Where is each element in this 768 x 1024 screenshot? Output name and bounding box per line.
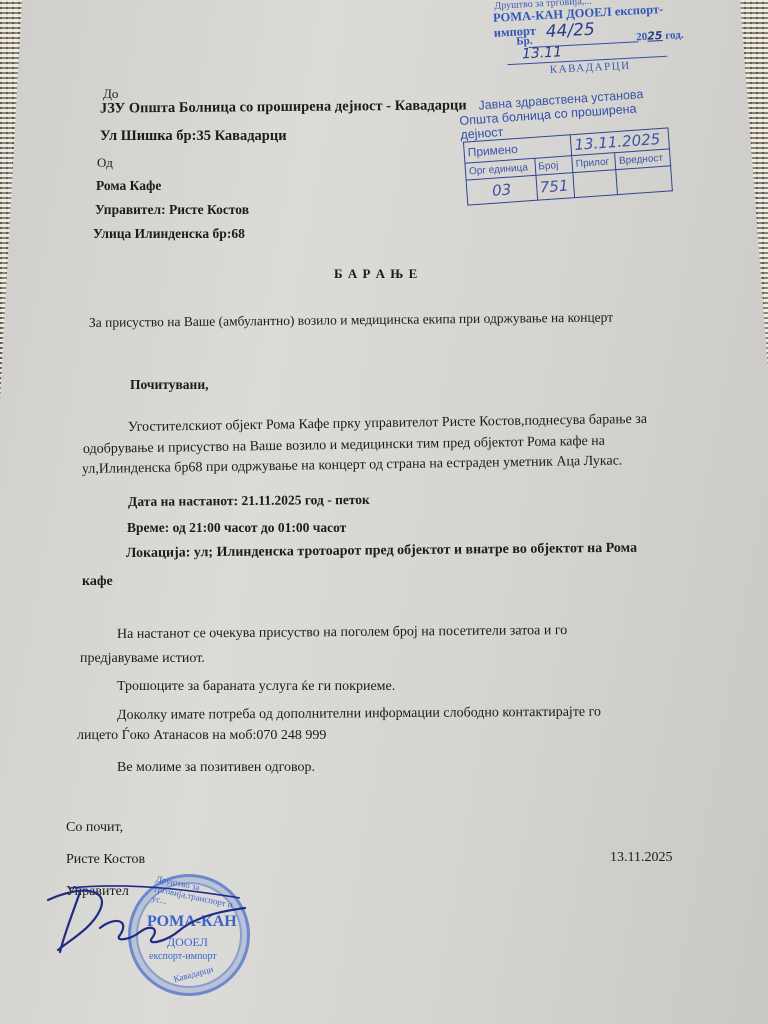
recipient-institution: ЈЗУ Општа Болница со проширена дејност -… (100, 97, 467, 117)
body-para2-line2: предјавуваме истиот. (80, 651, 205, 667)
event-time: Време: од 21:00 часот до 01:00 часот (127, 520, 346, 536)
seal-city: Кавадарци (172, 964, 214, 984)
from-label: Од (97, 155, 113, 171)
stamp-year: 2025 год. (636, 28, 684, 43)
stamp-number: 44/25 (545, 20, 595, 43)
sender-address: Улица Илинденска бр:68 (93, 226, 245, 242)
val-attachment (573, 170, 618, 198)
salutation: Почитувани, (130, 377, 208, 393)
stamp-date: 13.11 (522, 44, 563, 62)
company-registration-stamp: Друштво за трговија,... РОМА-КАН ДООЕЛ е… (484, 0, 687, 73)
event-location-line2: кафе (82, 574, 113, 590)
hospital-received-stamp: Јавна здравствена установа Општа болница… (458, 85, 683, 206)
document-title: Б А Р А Њ Е (334, 266, 418, 282)
sender-name: Рома Кафе (96, 178, 161, 194)
body-para5: Ве молиме за позитивен одговор. (117, 760, 315, 776)
document-date: 13.11.2025 (610, 850, 672, 866)
val-number: 751 (535, 173, 574, 201)
signer-name: Ристе Костов (66, 852, 145, 868)
handwritten-signature (40, 880, 260, 960)
body-para4-line2: лицето Ѓоко Атанасов на моб:070 248 999 (77, 728, 326, 744)
val-org-unit: 03 (466, 175, 537, 205)
closing: Со почит, (66, 820, 123, 836)
event-date: Дата на настанот: 21.11.2025 год - петок (128, 492, 370, 510)
val-value (616, 166, 672, 195)
body-para4-line1: Доколку имате потреба од дополнителни ин… (117, 705, 601, 724)
body-para3: Трошоците за бараната услуга ќе ги покри… (117, 679, 395, 695)
recipient-address: Ул Шишка бр:35 Кавадарци (100, 128, 287, 145)
sender-manager: Управител: Ристе Костов (95, 202, 249, 218)
